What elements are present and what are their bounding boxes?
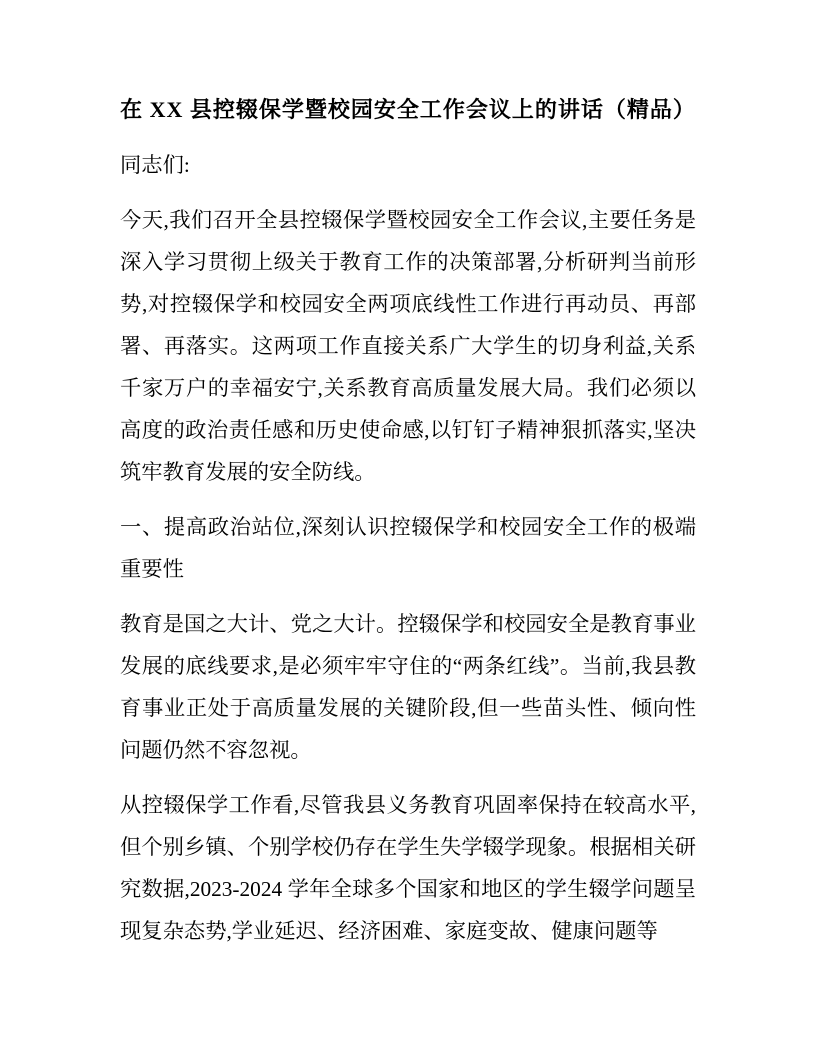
salutation-line: 同志们: <box>120 144 696 186</box>
document-page: 在 XX 县控辍保学暨校园安全工作会议上的讲话（精品） 同志们:今天,我们召开全… <box>0 0 816 1056</box>
body-paragraph: 教育是国之大计、党之大计。控辍保学和校园安全是教育事业发展的底线要求,是必须牢牢… <box>120 603 696 771</box>
body-paragraph: 今天,我们召开全县控辍保学暨校园安全工作会议,主要任务是深入学习贯彻上级关于教育… <box>120 199 696 493</box>
document-body: 同志们:今天,我们召开全县控辍保学暨校园安全工作会议,主要任务是深入学习贯彻上级… <box>120 144 696 952</box>
document-title: 在 XX 县控辍保学暨校园安全工作会议上的讲话（精品） <box>120 89 696 131</box>
section-heading: 一、提高政治站位,深刻认识控辍保学和校园安全工作的极端重要性 <box>120 506 696 590</box>
body-paragraph: 从控辍保学工作看,尽管我县义务教育巩固率保持在较高水平,但个别乡镇、个别学校仍存… <box>120 784 696 952</box>
